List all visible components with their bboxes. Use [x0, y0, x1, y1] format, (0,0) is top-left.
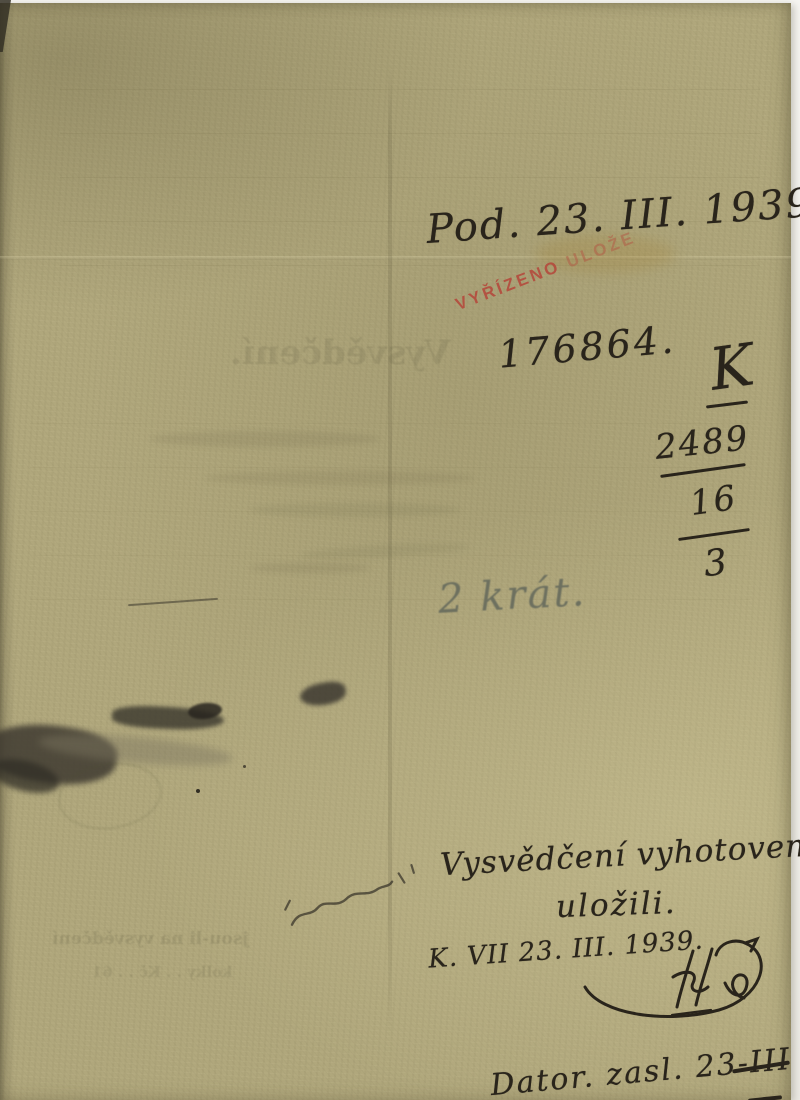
- paper-corner-shadow: [0, 0, 11, 52]
- ink-smudge-small: [298, 679, 347, 709]
- amount-bottom: 3: [702, 542, 729, 585]
- bleedthrough-smudge-2: [205, 471, 475, 485]
- ink-dot-1: [196, 789, 200, 793]
- copies-note-pencil: 2 krát.: [437, 569, 587, 623]
- bleedthrough-footer-line-1: jsou-li na vysvědčení: [52, 929, 249, 949]
- ink-dot-2: [243, 765, 246, 768]
- amount-middle: 16: [687, 478, 739, 524]
- scanned-document-view: Vysvědčení. Pod. 23. III. 1939. VYŘÍZENO…: [0, 0, 800, 1100]
- bleedthrough-smudge-3: [250, 503, 460, 517]
- document-paper: Vysvědčení. Pod. 23. III. 1939. VYŘÍZENO…: [0, 3, 791, 1100]
- note-line-1: Vysvědčení vyhotovena: [439, 827, 800, 883]
- ink-stroke-underbar: [748, 1095, 782, 1100]
- file-number-note: 176864.: [496, 317, 677, 376]
- bleedthrough-smudge-5: [250, 563, 370, 573]
- note-line-2: uložili.: [555, 885, 677, 925]
- bleedthrough-footer-line-2: kolky . . Kč . . 61: [92, 963, 232, 981]
- bleedthrough-smudge-1: [150, 431, 380, 447]
- bleedthrough-heading: Vysvědčení.: [230, 333, 451, 373]
- currency-letter-note: K: [705, 330, 757, 403]
- ink-scribble: [278, 854, 436, 937]
- signature-paraph: [575, 925, 780, 1025]
